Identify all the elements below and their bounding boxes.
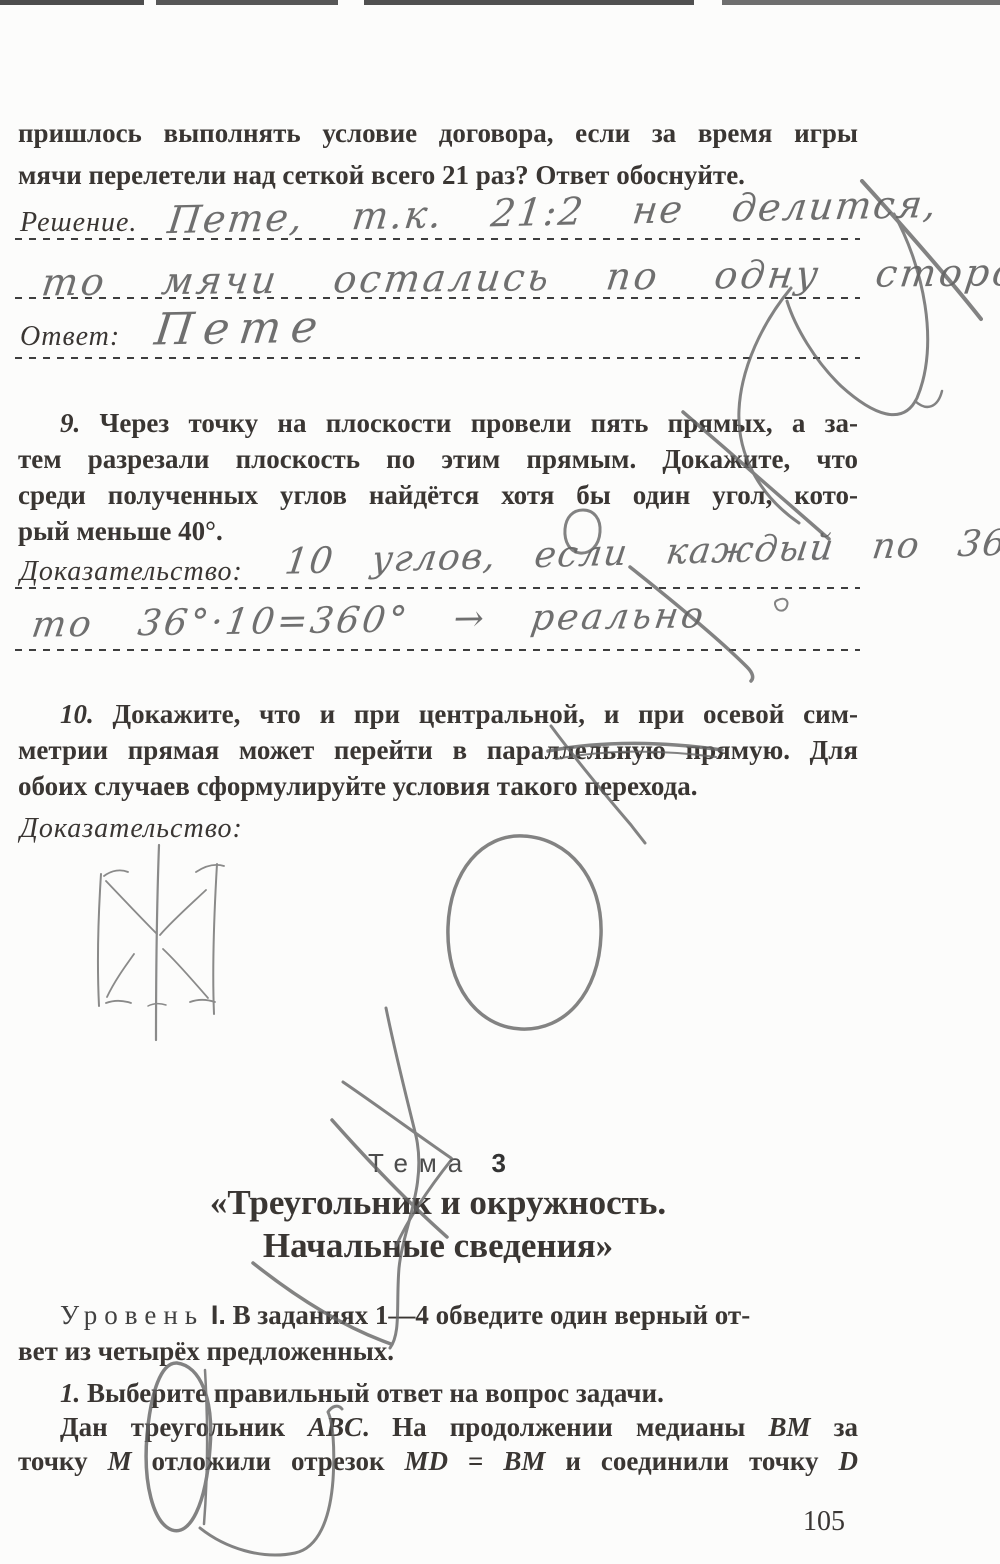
pencil-big-oval — [448, 836, 601, 1029]
sketch-diagonal — [106, 881, 157, 934]
answer-dashed-line — [15, 587, 860, 589]
sketch-right-line — [213, 864, 217, 1014]
intro-line-1: пришлось выполнять условие договора, есл… — [18, 116, 858, 150]
task1-number: 1. — [60, 1378, 80, 1408]
text-part: BM — [768, 1412, 810, 1442]
problem9-number: 9. — [60, 408, 80, 438]
text-part: Дан треугольник — [60, 1412, 308, 1442]
problem9-line-2: тем разрезали плоскость по этим прямым. … — [18, 442, 858, 476]
text-part: и соединили точку — [545, 1446, 838, 1476]
theme-kicker-word: Тема — [368, 1148, 473, 1178]
task1-line-1: 1. Выберите правильный ответ на вопрос з… — [18, 1376, 858, 1410]
proof10-label: Доказательство: — [20, 813, 243, 845]
proof9-label: Доказательство: — [20, 556, 243, 588]
text-part: точку — [18, 1446, 108, 1476]
problem10-line-1: 10. Докажите, что и при центральной, и п… — [18, 697, 858, 731]
level-roman: I. — [211, 1300, 226, 1330]
problem9-line-1: 9. Через точку на плоскости провели пять… — [18, 406, 858, 440]
answer-dashed-line — [15, 357, 860, 359]
text-part: отложили отрезок — [132, 1446, 405, 1476]
text-part: MD — [405, 1446, 449, 1476]
level-word: Уровень — [60, 1300, 204, 1330]
pencil-stroke-diagonal — [343, 1082, 451, 1158]
sketch-tick — [196, 865, 224, 872]
sketch-tick — [104, 870, 128, 876]
handwritten-proof9-line-2: то 36°·10=360° → реально — [29, 595, 709, 645]
problem10-text: Докажите, что и при центральной, и при о… — [113, 699, 858, 729]
answer-label: Ответ: — [20, 321, 120, 353]
sketch-tick — [148, 1004, 166, 1006]
sketch-tick — [106, 1001, 131, 1003]
pencil-stroke-curl — [915, 391, 942, 407]
theme-kicker: Тема 3 — [18, 1148, 858, 1179]
sketch-diagonal — [160, 890, 206, 935]
text-part: за — [811, 1412, 858, 1442]
level-line-1: Уровень I. В заданиях 1—4 обведите один … — [18, 1298, 858, 1332]
text-part: = — [448, 1446, 503, 1476]
theme-kicker-number: 3 — [491, 1148, 507, 1178]
task1-line-3: точку M отложили отрезок MD = BM и соеди… — [18, 1444, 858, 1478]
sketch-diagonal — [107, 954, 134, 997]
level-line-2: вет из четырёх предложенных. — [18, 1334, 858, 1368]
problem10-line-3: обоих случаев сформулируйте условия тако… — [18, 769, 858, 803]
solution-label: Решение. — [20, 207, 137, 239]
sketch-left-line — [98, 874, 101, 1006]
problem9-line-3: среди полученных углов найдётся хотя бы … — [18, 478, 858, 512]
task1-text: Выберите правильный ответ на вопрос зада… — [87, 1378, 664, 1408]
answer-dashed-line — [15, 297, 860, 299]
theme-title-line-2: Начальные сведения» — [18, 1226, 858, 1266]
text-part: D — [839, 1446, 859, 1476]
symmetry-sketch — [98, 845, 224, 1040]
text-part: M — [108, 1446, 132, 1476]
text-part: ABC — [308, 1412, 362, 1442]
handwritten-answer: Пете — [152, 301, 330, 355]
pencil-dot — [775, 599, 787, 611]
sketch-tick — [190, 1000, 215, 1002]
problem9-text: Через точку на плоскости провели пять пр… — [100, 408, 858, 438]
theme-title-line-1: «Треугольник и окружность. — [18, 1183, 858, 1223]
sketch-diagonal — [163, 949, 208, 998]
sketch-axis-line — [156, 845, 159, 1040]
page-number: 105 — [705, 1506, 845, 1538]
answer-dashed-line — [15, 238, 860, 240]
scanned-workbook-page: пришлось выполнять условие договора, есл… — [0, 0, 1000, 1564]
pencil-stroke-hook — [787, 214, 928, 415]
problem10-number: 10. — [60, 699, 94, 729]
text-part: BM — [503, 1446, 545, 1476]
task1-line-2: Дан треугольник ABC. На продолжении меди… — [18, 1410, 858, 1444]
level-text: В заданиях 1—4 обведите один верный от- — [233, 1300, 751, 1330]
problem10-line-2: метрии прямая может перейти в параллельн… — [18, 733, 858, 767]
text-part: . На продолжении медианы — [362, 1412, 768, 1442]
scan-edge-artifact — [0, 0, 1000, 5]
answer-dashed-line — [15, 649, 860, 651]
